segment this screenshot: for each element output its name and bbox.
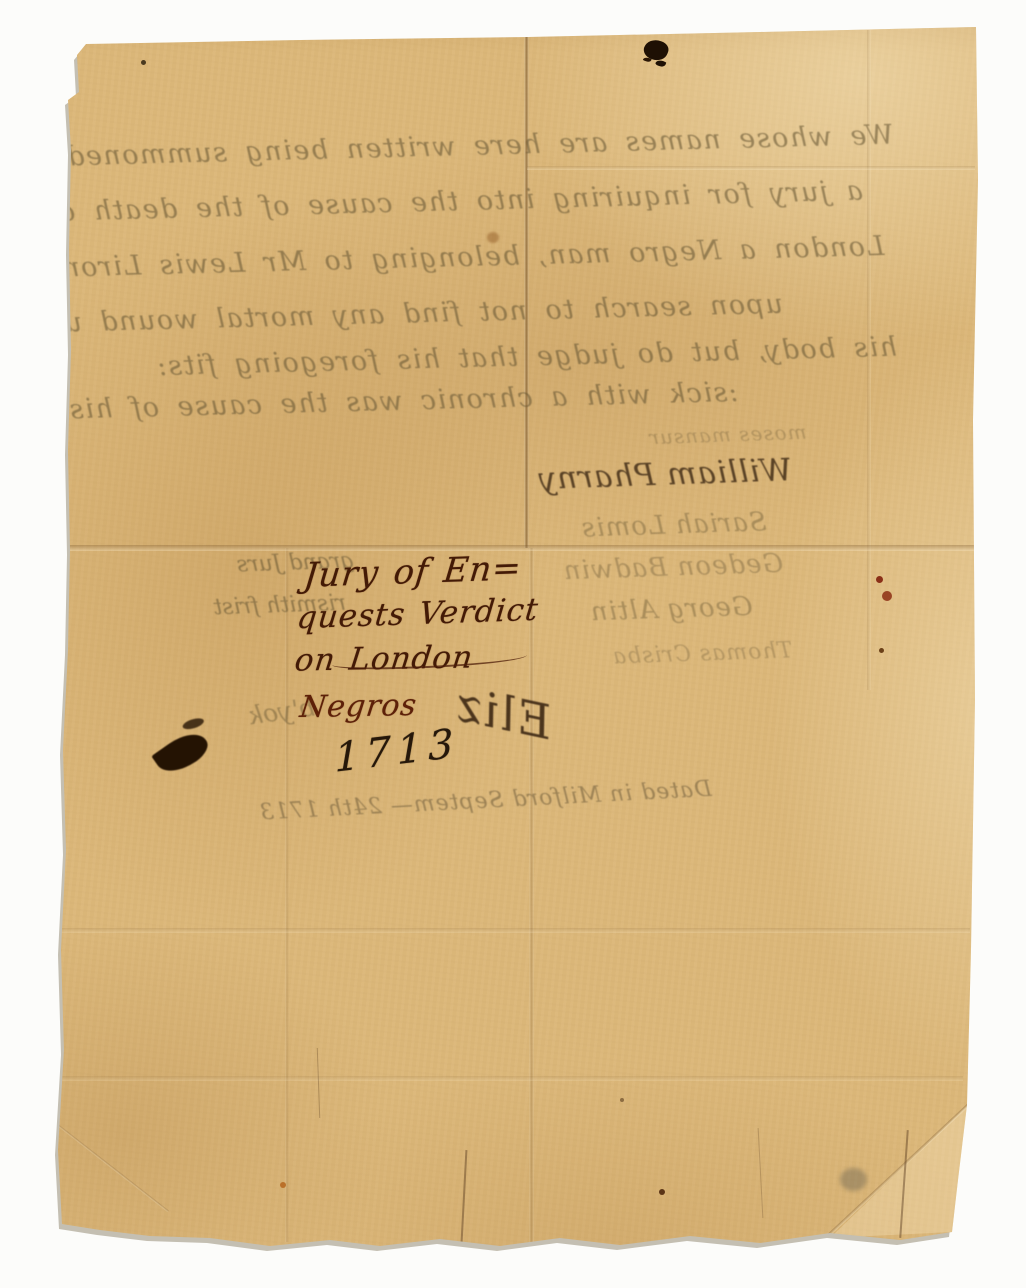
bleedthrough-line: :sick with a chronic was the cause of hi… xyxy=(0,377,738,428)
bleedthrough-body-text: We whose names are here written being su… xyxy=(91,117,911,438)
bleedthrough-line: upon search to not find any mortal wound… xyxy=(7,289,783,340)
foxing-spot xyxy=(280,1182,286,1188)
manuscript-paper: We whose names are here written being su… xyxy=(0,0,1026,1288)
gray-smudge xyxy=(840,1168,867,1191)
ink-blot-top xyxy=(641,36,670,63)
paper-tear xyxy=(317,1048,320,1118)
annotation-line-1: Jury of En= xyxy=(302,548,524,596)
bleedthrough-signature: Thomas Crisba xyxy=(612,638,793,669)
ink-smudge-comma xyxy=(151,725,212,781)
bleedthrough-line: We whose names are here written being su… xyxy=(65,120,894,173)
bleedthrough-line: a jury for inquiring into the cause of t… xyxy=(46,176,864,228)
bleedthrough-dateline: Dated in Milford Septem— 24th 1713 xyxy=(362,777,713,820)
foxing-spot xyxy=(659,1189,665,1195)
scan-canvas: We whose names are here written being su… xyxy=(0,0,1026,1288)
stain-spot xyxy=(487,232,499,243)
bleedthrough-line: his body, but do judge that his foregoin… xyxy=(156,332,898,382)
bleedthrough-signature: William Pharny xyxy=(537,452,792,497)
fold-crease-horizontal-lower-1 xyxy=(60,928,970,933)
paper-speck xyxy=(141,60,146,65)
bleedthrough-signature: Gedeon Badwin xyxy=(562,549,783,587)
foxing-spot xyxy=(882,591,892,601)
annotation-line-4: Negros xyxy=(298,688,419,725)
bleedthrough-signature: Georg Altin xyxy=(589,592,753,628)
fold-crease-horizontal-lower-2 xyxy=(58,1076,963,1081)
bleedthrough-signature: Sariah Lomis xyxy=(580,507,767,543)
bleedthrough-signatures: moses mansur William Pharny Sariah Lomis… xyxy=(483,419,827,706)
fold-crease-diagonal-bottom-left xyxy=(49,1118,168,1212)
annotation-date: 1713 xyxy=(334,720,460,782)
paper-tear xyxy=(461,1150,468,1242)
paper-speck xyxy=(620,1098,624,1102)
bleedthrough-line: London a Negro man, belonging to Mr Lewi… xyxy=(50,231,885,284)
paper-tear xyxy=(758,1128,764,1218)
foxing-spot xyxy=(876,576,883,583)
foxing-spot xyxy=(879,648,884,653)
bleedthrough-signature: moses mansur xyxy=(648,420,807,450)
